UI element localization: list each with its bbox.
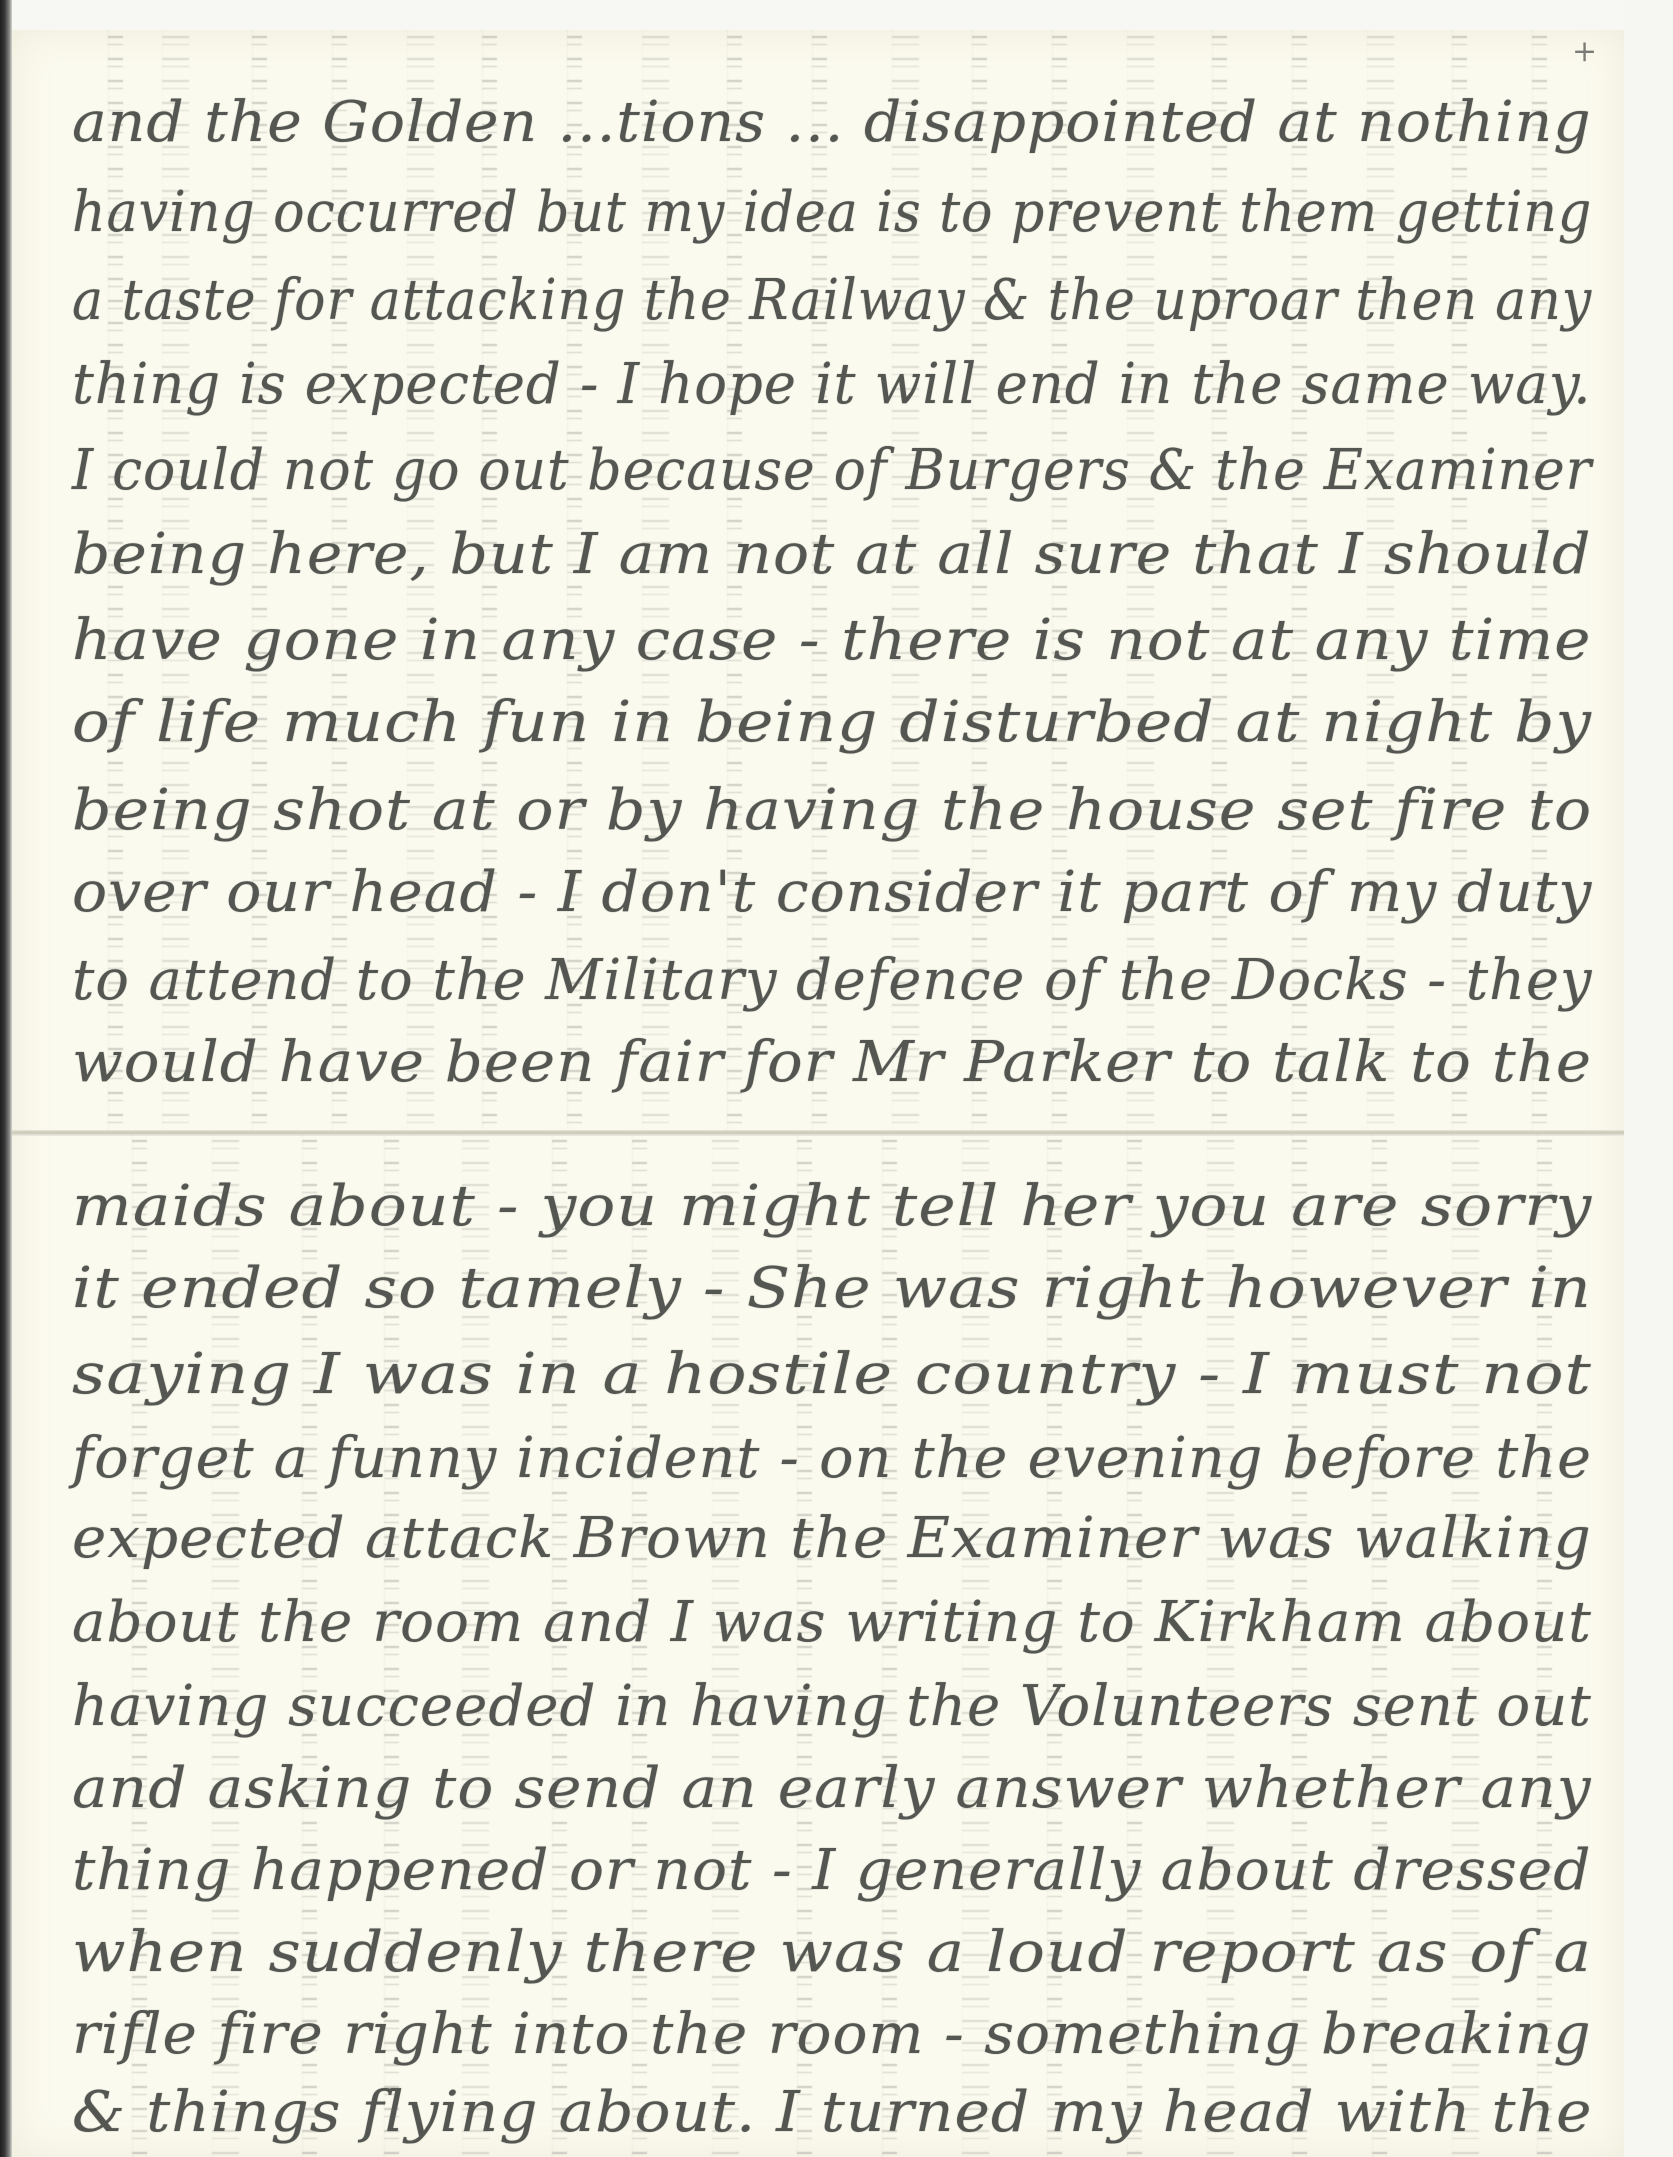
- letter-line: I could not go out because of Burgers & …: [72, 438, 1592, 503]
- letter-panel-upper: and the Golden ...tions ... disappointed…: [12, 30, 1624, 1132]
- letter-line: maids about - you might tell her you are…: [72, 1174, 1592, 1239]
- scanner-edge-left: [0, 0, 12, 2157]
- letter-line: about the room and I was writing to Kirk…: [72, 1590, 1592, 1655]
- letter-line: and asking to send an early answer wheth…: [72, 1756, 1592, 1821]
- letter-line: when suddenly there was a loud report as…: [72, 1920, 1592, 1985]
- letter-line: having occurred but my idea is to preven…: [72, 180, 1592, 245]
- scanner-edge-top: [12, 0, 1673, 32]
- letter-line: being here, but I am not at all sure tha…: [72, 522, 1592, 587]
- letter-line: have gone in any case - there is not at …: [72, 608, 1592, 673]
- letter-page: + and the Golden ...tions ... disappoin: [12, 30, 1624, 2157]
- letter-line: being shot at or by having the house set…: [72, 778, 1592, 843]
- letter-line: of life much fun in being disturbed at n…: [72, 690, 1592, 755]
- letter-line: over our head - I don't consider it part…: [72, 860, 1592, 925]
- letter-line: thing is expected - I hope it will end i…: [72, 352, 1592, 417]
- scanner-edge-right: [1624, 0, 1673, 2157]
- letter-line: a taste for attacking the Railway & the …: [72, 268, 1592, 333]
- letter-line: it ended so tamely - She was right howev…: [72, 1256, 1592, 1321]
- letter-line: to attend to the Military defence of the…: [72, 948, 1592, 1013]
- letter-line: having succeeded in having the Volunteer…: [72, 1674, 1592, 1739]
- letter-panel-lower: maids about - you might tell her you are…: [12, 1134, 1624, 2157]
- letter-line: forget a funny incident - on the evening…: [72, 1426, 1592, 1491]
- letter-line: would have been fair for Mr Parker to ta…: [72, 1030, 1592, 1095]
- letter-line: and the Golden ...tions ... disappointed…: [72, 90, 1592, 155]
- letter-line: & things flying about. I turned my head …: [72, 2080, 1592, 2145]
- letter-line: saying I was in a hostile country - I mu…: [72, 1342, 1592, 1407]
- letter-line: expected attack Brown the Examiner was w…: [72, 1506, 1592, 1571]
- letter-line: rifle fire right into the room - somethi…: [72, 2002, 1592, 2067]
- letter-line: thing happened or not - I generally abou…: [72, 1838, 1591, 1903]
